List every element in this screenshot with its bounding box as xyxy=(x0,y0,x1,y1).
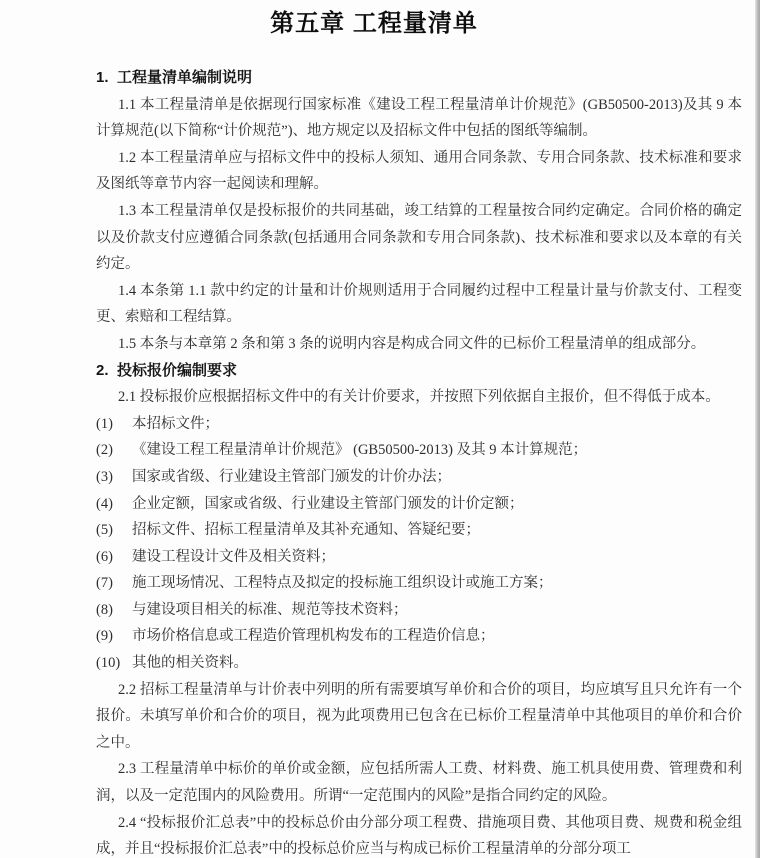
list-item-number: (3) xyxy=(96,464,132,491)
list-item-2: (2)《建设工程工程量清单计价规范》 (GB50500-2013) 及其 9 本… xyxy=(96,437,742,464)
list-item-text: 与建设项目相关的标准、规范等技术资料； xyxy=(132,602,408,618)
section-heading-2: 2.投标报价编制要求 xyxy=(96,358,742,385)
list-item-number: (5) xyxy=(96,517,132,544)
paragraph-1-3: 1.3 本工程量清单仅是投标报价的共同基础，竣工结算的工程量按合同约定确定。合同… xyxy=(96,198,742,278)
chapter-title: 第五章 工程量清单 xyxy=(0,3,748,38)
paragraph-1-4: 1.4 本条第 1.1 款中约定的计量和计价规则适用于合同履约过程中工程量计量与… xyxy=(96,278,742,331)
paragraph-2-1: 2.1 投标报价应根据招标文件中的有关计价要求，并按照下列依据自主报价，但不得低… xyxy=(96,384,742,411)
list-item-10: (10)其他的相关资料。 xyxy=(96,650,742,677)
paragraph-1-5: 1.5 本条与本章第 2 条和第 3 条的说明内容是构成合同文件的已标价工程量清… xyxy=(96,331,742,358)
list-item-text: 本招标文件； xyxy=(132,416,219,432)
list-item-number: (1) xyxy=(96,411,132,438)
list-item-8: (8)与建设项目相关的标准、规范等技术资料； xyxy=(96,597,742,624)
section-number: 2. xyxy=(96,358,117,385)
scan-page-edge xyxy=(755,0,760,858)
paragraph-1-2: 1.2 本工程量清单应与招标文件中的投标人须知、通用合同条款、专用合同条款、技术… xyxy=(96,145,742,198)
list-item-4: (4)企业定额，国家或省级、行业建设主管部门颁发的计价定额； xyxy=(96,491,742,518)
list-item-number: (8) xyxy=(96,597,132,624)
list-item-9: (9)市场价格信息或工程造价管理机构发布的工程造价信息； xyxy=(96,623,742,650)
list-item-text: 其他的相关资料。 xyxy=(132,655,248,671)
list-item-1: (1)本招标文件； xyxy=(96,411,742,438)
list-item-6: (6)建设工程设计文件及相关资料； xyxy=(96,544,742,571)
section-title-text: 投标报价编制要求 xyxy=(117,362,237,379)
paragraph-2-3: 2.3 工程量清单中标价的单价或金额，应包括所需人工费、材料费、施工机具使用费、… xyxy=(96,756,742,809)
list-item-7: (7)施工现场情况、工程特点及拟定的投标施工组织设计或施工方案； xyxy=(96,570,742,597)
list-item-number: (7) xyxy=(96,570,132,597)
section-heading-1: 1.工程量清单编制说明 xyxy=(96,65,742,92)
list-item-text: 国家或省级、行业建设主管部门颁发的计价办法； xyxy=(132,469,451,485)
paragraph-2-2: 2.2 招标工程量清单与计价表中列明的所有需要填写单价和合价的项目，均应填写且只… xyxy=(96,677,742,757)
list-item-number: (9) xyxy=(96,623,132,650)
section-number: 1. xyxy=(96,65,117,92)
list-item-text: 企业定额，国家或省级、行业建设主管部门颁发的计价定额； xyxy=(132,496,524,512)
list-item-text: 建设工程设计文件及相关资料； xyxy=(132,549,335,565)
paragraph-2-4: 2.4 “投标报价汇总表”中的投标总价由分部分项工程费、措施项目费、其他项目费、… xyxy=(96,810,742,858)
list-item-number: (10) xyxy=(96,650,132,677)
list-item-text: 《建设工程工程量清单计价规范》 (GB50500-2013) 及其 9 本计算规… xyxy=(132,442,587,458)
list-item-number: (6) xyxy=(96,544,132,571)
list-item-text: 市场价格信息或工程造价管理机构发布的工程造价信息； xyxy=(132,628,495,644)
list-item-number: (2) xyxy=(96,437,132,464)
scanned-document-page: 第五章 工程量清单 1.工程量清单编制说明 1.1 本工程量清单是依据现行国家标… xyxy=(0,0,760,858)
list-item-3: (3)国家或省级、行业建设主管部门颁发的计价办法； xyxy=(96,464,742,491)
section-title-text: 工程量清单编制说明 xyxy=(117,69,252,86)
list-item-number: (4) xyxy=(96,491,132,518)
document-body: 1.工程量清单编制说明 1.1 本工程量清单是依据现行国家标准《建设工程工程量清… xyxy=(96,65,742,858)
paragraph-1-1: 1.1 本工程量清单是依据现行国家标准《建设工程工程量清单计价规范》(GB505… xyxy=(96,92,742,145)
list-item-5: (5)招标文件、招标工程量清单及其补充通知、答疑纪要； xyxy=(96,517,742,544)
list-item-text: 施工现场情况、工程特点及拟定的投标施工组织设计或施工方案； xyxy=(132,575,553,591)
list-item-text: 招标文件、招标工程量清单及其补充通知、答疑纪要； xyxy=(132,522,480,538)
